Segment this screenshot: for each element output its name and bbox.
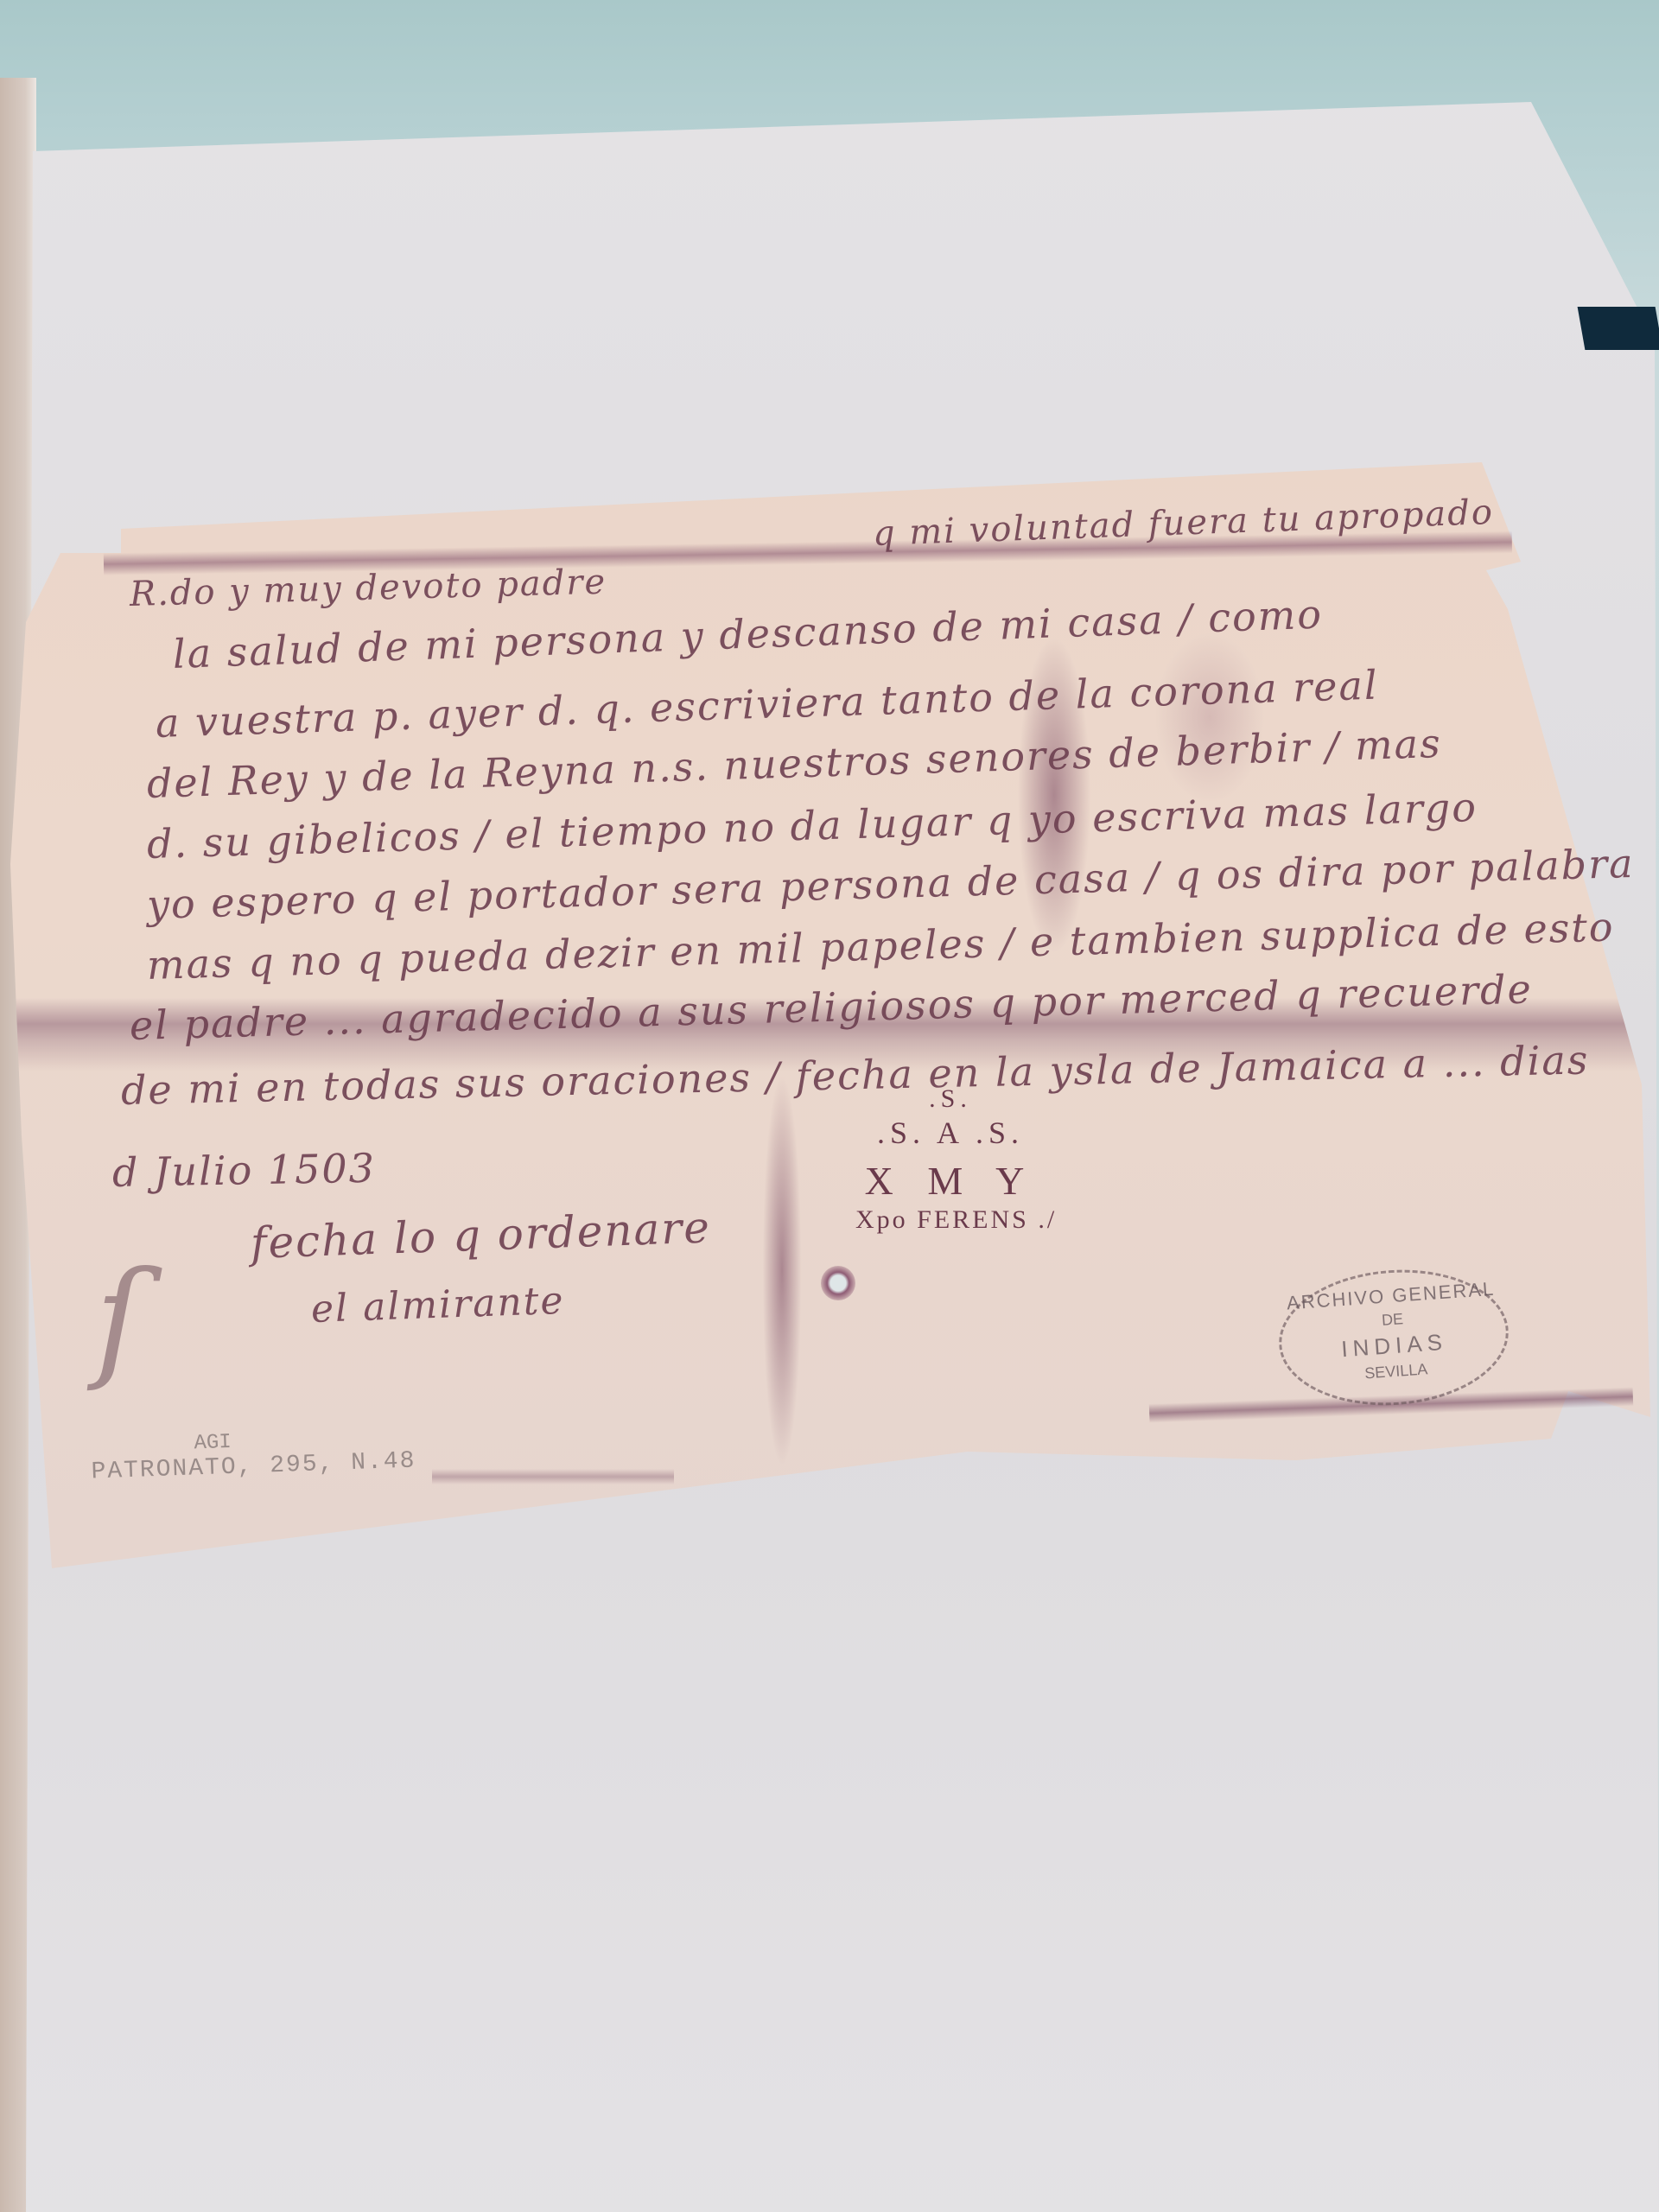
flourish-mark: ſ	[95, 1244, 143, 1395]
signature-row-1: .S.	[916, 1084, 985, 1114]
paper-hole	[821, 1266, 855, 1300]
signature-row-3: X M Y	[855, 1158, 1046, 1204]
signature-row-2: .S. A .S.	[855, 1115, 1046, 1151]
date-line: d Julio 1503	[112, 1145, 377, 1196]
signature-row-4: Xpo FERENS ./	[855, 1205, 1115, 1235]
fold-crease-bottom-left	[432, 1469, 674, 1484]
book-cover-corner	[1578, 307, 1659, 350]
closing-line: el almirante	[310, 1279, 565, 1332]
